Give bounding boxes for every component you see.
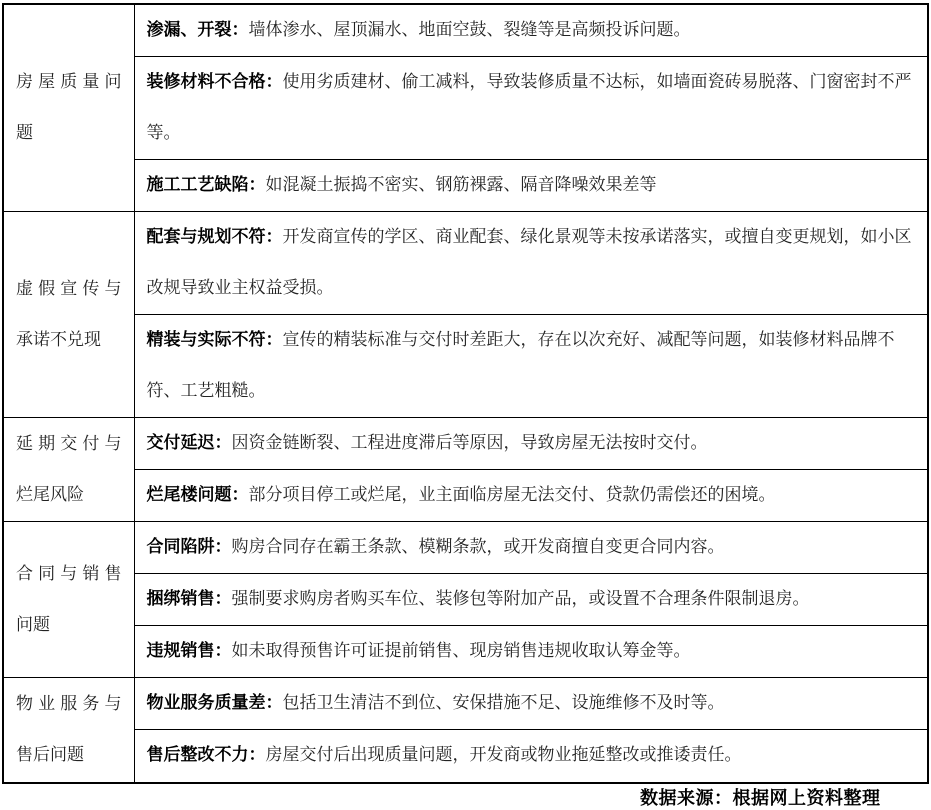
- issue-item-title: 物业服务质量差：: [147, 693, 283, 713]
- table-row: 售后整改不力：房屋交付后出现质量问题，开发商或物业拖延整改或推诿责任。: [3, 730, 928, 783]
- issue-item-title: 交付延迟：: [147, 433, 232, 453]
- table-row: 烂尾楼问题：部分项目停工或烂尾，业主面临房屋无法交付、贷款仍需偿还的困境。: [3, 470, 928, 522]
- category-label-line: 售后问题: [16, 730, 122, 781]
- issue-item-cell: 交付延迟：因资金链断裂、工程进度滞后等原因，导致房屋无法按时交付。: [134, 418, 928, 470]
- table-row: 精装与实际不符：宣传的精装标准与交付时差距大，存在以次充好、减配等问题，如装修材…: [3, 315, 928, 418]
- issue-item-title: 配套与规划不符：: [147, 227, 283, 247]
- issue-item-cell: 物业服务质量差：包括卫生清洁不到位、安保措施不足、设施维修不及时等。: [134, 678, 928, 730]
- category-label-line: 合同与销售: [16, 549, 122, 600]
- issue-item-text: 包括卫生清洁不到位、安保措施不足、设施维修不及时等。: [283, 693, 725, 713]
- issue-item-cell: 装修材料不合格：使用劣质建材、偷工减料，导致装修质量不达标，如墙面瓷砖易脱落、门…: [134, 57, 928, 160]
- category-label-line: 物业服务与: [16, 679, 122, 730]
- category-cell: 物业服务与 售后问题: [3, 678, 134, 783]
- issue-item-cell: 捆绑销售：强制要求购房者购买车位、装修包等附加产品，或设置不合理条件限制退房。: [134, 574, 928, 626]
- category-cell: 虚假宣传与 承诺不兑现: [3, 212, 134, 418]
- category-label-line: 延期交付与: [16, 419, 122, 470]
- issue-item-text: 因资金链断裂、工程进度滞后等原因，导致房屋无法按时交付。: [232, 433, 708, 453]
- issue-item-cell: 售后整改不力：房屋交付后出现质量问题，开发商或物业拖延整改或推诿责任。: [134, 730, 928, 783]
- issue-item-cell: 渗漏、开裂：墙体渗水、屋顶漏水、地面空鼓、裂缝等是高频投诉问题。: [134, 4, 928, 57]
- table-row: 物业服务与 售后问题 物业服务质量差：包括卫生清洁不到位、安保措施不足、设施维修…: [3, 678, 928, 730]
- issue-item-cell: 违规销售：如未取得预售许可证提前销售、现房销售违规收取认筹金等。: [134, 626, 928, 678]
- issue-table: 房屋质量问 题 渗漏、开裂：墙体渗水、屋顶漏水、地面空鼓、裂缝等是高频投诉问题。…: [2, 3, 929, 784]
- category-cell: 延期交付与 烂尾风险: [3, 418, 134, 522]
- issue-item-cell: 烂尾楼问题：部分项目停工或烂尾，业主面临房屋无法交付、贷款仍需偿还的困境。: [134, 470, 928, 522]
- issue-item-title: 烂尾楼问题：: [147, 485, 249, 505]
- category-cell: 房屋质量问 题: [3, 4, 134, 212]
- issue-item-text: 部分项目停工或烂尾，业主面临房屋无法交付、贷款仍需偿还的困境。: [249, 485, 776, 505]
- data-source-note: 数据来源：根据网上资料整理: [640, 784, 881, 810]
- issue-item-text: 购房合同存在霸王条款、模糊条款，或开发商擅自变更合同内容。: [232, 537, 725, 557]
- category-label-line: 房屋质量问: [16, 57, 122, 108]
- table-row: 施工工艺缺陷：如混凝土振捣不密实、钢筋裸露、隔音降噪效果差等: [3, 160, 928, 212]
- category-label-line: 承诺不兑现: [16, 315, 122, 366]
- issue-item-title: 施工工艺缺陷：: [147, 175, 266, 195]
- table-row: 合同与销售 问题 合同陷阱：购房合同存在霸王条款、模糊条款，或开发商擅自变更合同…: [3, 522, 928, 574]
- table-row: 房屋质量问 题 渗漏、开裂：墙体渗水、屋顶漏水、地面空鼓、裂缝等是高频投诉问题。: [3, 4, 928, 57]
- category-label-line: 虚假宣传与: [16, 264, 122, 315]
- issue-item-text: 如未取得预售许可证提前销售、现房销售违规收取认筹金等。: [232, 641, 691, 661]
- issue-item-title: 违规销售：: [147, 641, 232, 661]
- issue-item-title: 精装与实际不符：: [147, 330, 283, 350]
- issue-item-text: 强制要求购房者购买车位、装修包等附加产品，或设置不合理条件限制退房。: [232, 589, 810, 609]
- issue-item-title: 装修材料不合格：: [147, 72, 283, 92]
- issue-item-cell: 精装与实际不符：宣传的精装标准与交付时差距大，存在以次充好、减配等问题，如装修材…: [134, 315, 928, 418]
- issue-item-title: 捆绑销售：: [147, 589, 232, 609]
- category-label-line: 烂尾风险: [16, 470, 122, 521]
- table-row: 虚假宣传与 承诺不兑现 配套与规划不符：开发商宣传的学区、商业配套、绿化景观等未…: [3, 212, 928, 315]
- table-row: 违规销售：如未取得预售许可证提前销售、现房销售违规收取认筹金等。: [3, 626, 928, 678]
- issue-item-cell: 合同陷阱：购房合同存在霸王条款、模糊条款，或开发商擅自变更合同内容。: [134, 522, 928, 574]
- issue-item-text: 房屋交付后出现质量问题，开发商或物业拖延整改或推诿责任。: [266, 745, 742, 765]
- issue-item-text: 如混凝土振捣不密实、钢筋裸露、隔音降噪效果差等: [266, 175, 657, 195]
- issue-item-title: 合同陷阱：: [147, 537, 232, 557]
- table-row: 捆绑销售：强制要求购房者购买车位、装修包等附加产品，或设置不合理条件限制退房。: [3, 574, 928, 626]
- category-label-line: 问题: [16, 600, 122, 651]
- table-row: 延期交付与 烂尾风险 交付延迟：因资金链断裂、工程进度滞后等原因，导致房屋无法按…: [3, 418, 928, 470]
- issue-item-cell: 施工工艺缺陷：如混凝土振捣不密实、钢筋裸露、隔音降噪效果差等: [134, 160, 928, 212]
- issue-item-title: 售后整改不力：: [147, 745, 266, 765]
- issue-item-text: 墙体渗水、屋顶漏水、地面空鼓、裂缝等是高频投诉问题。: [249, 20, 691, 40]
- issue-item-title: 渗漏、开裂：: [147, 20, 249, 40]
- category-cell: 合同与销售 问题: [3, 522, 134, 678]
- issue-item-cell: 配套与规划不符：开发商宣传的学区、商业配套、绿化景观等未按承诺落实，或擅自变更规…: [134, 212, 928, 315]
- table-row: 装修材料不合格：使用劣质建材、偷工减料，导致装修质量不达标，如墙面瓷砖易脱落、门…: [3, 57, 928, 160]
- category-label-line: 题: [16, 108, 122, 159]
